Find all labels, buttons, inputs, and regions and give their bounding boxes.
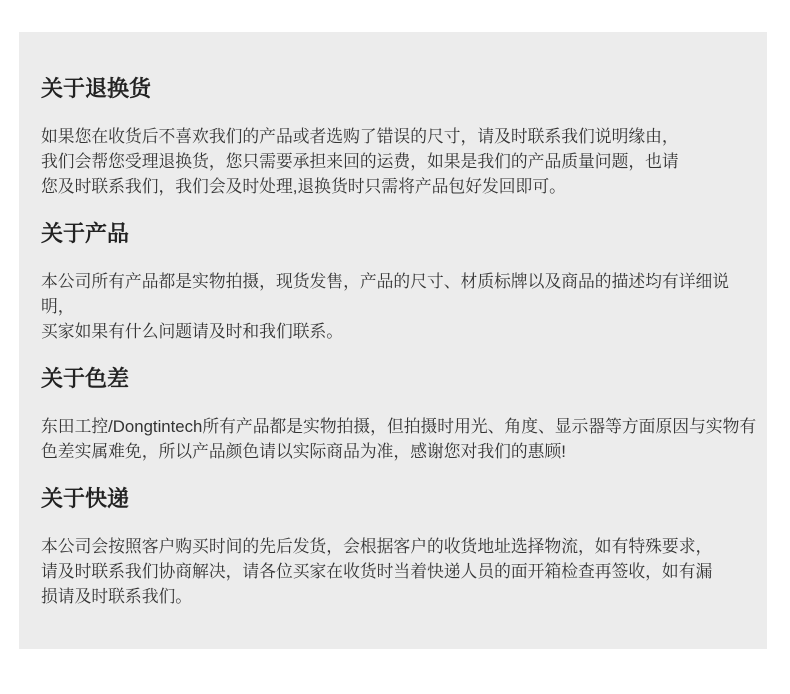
policy-section-color-difference: 关于色差 东田工控/Dongtintech所有产品都是实物拍摄，但拍摄时用光、角… <box>41 364 759 464</box>
section-title-products: 关于产品 <box>41 219 759 249</box>
policy-section-shipping: 关于快递 本公司会按照客户购买时间的先后发货，会根据客户的收货地址选择物流，如有… <box>41 484 759 609</box>
policy-section-returns: 关于退换货 如果您在收货后不喜欢我们的产品或者选购了错误的尺寸，请及时联系我们说… <box>41 74 759 199</box>
section-body-color-difference: 东田工控/Dongtintech所有产品都是实物拍摄，但拍摄时用光、角度、显示器… <box>41 414 759 464</box>
policy-panel: 关于退换货 如果您在收货后不喜欢我们的产品或者选购了错误的尺寸，请及时联系我们说… <box>19 32 767 649</box>
policy-section-products: 关于产品 本公司所有产品都是实物拍摄，现货发售，产品的尺寸、材质标牌以及商品的描… <box>41 219 759 344</box>
section-title-returns: 关于退换货 <box>41 74 759 104</box>
page: { "colors": { "page_bg": "#ffffff", "pan… <box>0 0 790 694</box>
section-title-color-difference: 关于色差 <box>41 364 759 394</box>
section-body-products: 本公司所有产品都是实物拍摄，现货发售，产品的尺寸、材质标牌以及商品的描述均有详细… <box>41 269 759 344</box>
section-title-shipping: 关于快递 <box>41 484 759 514</box>
section-body-shipping: 本公司会按照客户购买时间的先后发货，会根据客户的收货地址选择物流，如有特殊要求，… <box>41 534 759 609</box>
section-body-returns: 如果您在收货后不喜欢我们的产品或者选购了错误的尺寸，请及时联系我们说明缘由， 我… <box>41 124 759 199</box>
